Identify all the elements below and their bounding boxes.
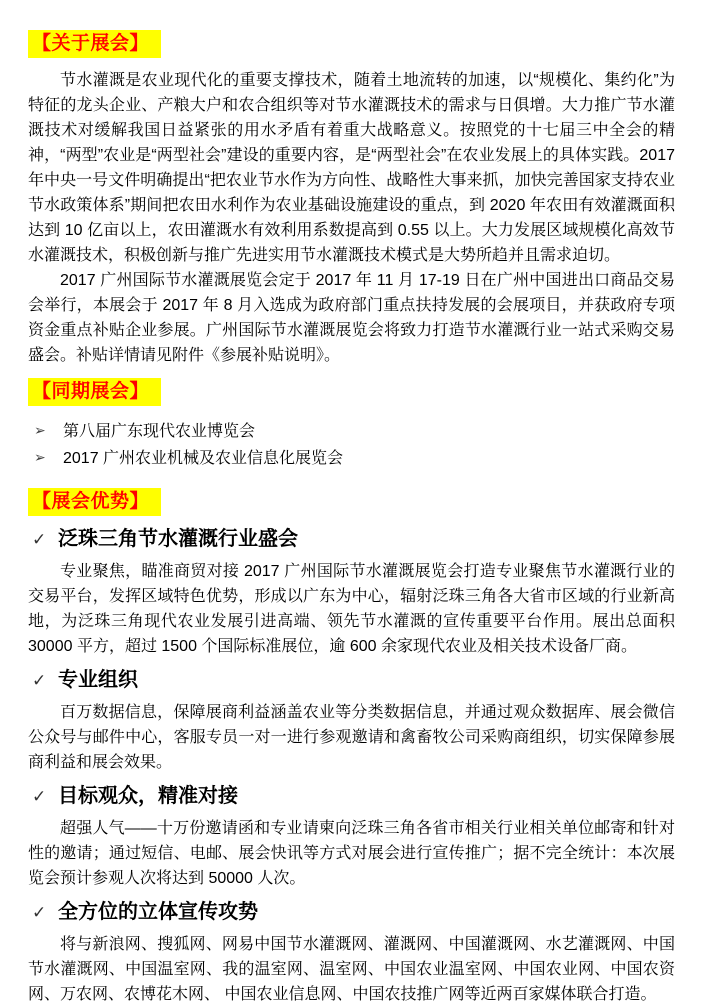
advantage-body: 百万数据信息，保障展商利益涵盖农业等分类数据信息，并通过观众数据库、展会微信公众… (28, 700, 675, 775)
advantage-title: 目标观众，精准对接 (58, 785, 238, 808)
advantage-title: 泛珠三角节水灌溉行业盛会 (58, 528, 298, 551)
section-header-concurrent: 【同期展会】 (28, 378, 161, 406)
section-header-advantages: 【展会优势】 (28, 488, 161, 516)
document-page: 【关于展会】 节水灌溉是农业现代化的重要支撑技术，随着土地流转的加速，以“规模化… (0, 0, 701, 1005)
section-concurrent: 【同期展会】 ➢ 第八届广东现代农业博览会 ➢ 2017 广州农业机械及农业信息… (28, 378, 675, 472)
list-item: ➢ 第八届广东现代农业博览会 (28, 418, 675, 445)
check-icon: ✓ (32, 669, 48, 692)
advantage-item: ✓ 专业组织 百万数据信息，保障展商利益涵盖农业等分类数据信息，并通过观众数据库… (28, 669, 675, 775)
list-item-label: 第八届广东现代农业博览会 (63, 418, 255, 445)
advantage-body: 超强人气——十万份邀请函和专业请柬向泛珠三角各省市相关行业相关单位邮寄和针对性的… (28, 816, 675, 891)
advantage-title-row: ✓ 目标观众，精准对接 (28, 785, 675, 808)
advantage-item: ✓ 泛珠三角节水灌溉行业盛会 专业聚焦，瞄准商贸对接 2017 广州国际节水灌溉… (28, 528, 675, 659)
advantage-title: 专业组织 (58, 669, 138, 692)
check-icon: ✓ (32, 785, 48, 808)
check-icon: ✓ (32, 528, 48, 551)
section-about: 【关于展会】 节水灌溉是农业现代化的重要支撑技术，随着土地流转的加速，以“规模化… (28, 30, 675, 368)
advantage-body: 将与新浪网、搜狐网、网易中国节水灌溉网、灌溉网、中国灌溉网、水艺灌溉网、中国节水… (28, 932, 675, 1005)
advantage-title: 全方位的立体宣传攻势 (58, 901, 258, 924)
list-item-label: 2017 广州农业机械及农业信息化展览会 (63, 445, 343, 472)
advantage-item: ✓ 全方位的立体宣传攻势 将与新浪网、搜狐网、网易中国节水灌溉网、灌溉网、中国灌… (28, 901, 675, 1005)
advantage-title-row: ✓ 泛珠三角节水灌溉行业盛会 (28, 528, 675, 551)
about-paragraph-2: 2017 广州国际节水灌溉展览会定于 2017 年 11 月 17-19 日在广… (28, 268, 675, 368)
bullet-arrow-icon: ➢ (34, 417, 50, 444)
section-header-about: 【关于展会】 (28, 30, 161, 58)
list-item: ➢ 2017 广州农业机械及农业信息化展览会 (28, 445, 675, 472)
advantage-item: ✓ 目标观众，精准对接 超强人气——十万份邀请函和专业请柬向泛珠三角各省市相关行… (28, 785, 675, 891)
check-icon: ✓ (32, 901, 48, 924)
concurrent-list: ➢ 第八届广东现代农业博览会 ➢ 2017 广州农业机械及农业信息化展览会 (28, 414, 675, 472)
advantage-body: 专业聚焦，瞄准商贸对接 2017 广州国际节水灌溉展览会打造专业聚焦节水灌溉行业… (28, 559, 675, 659)
section-advantages: 【展会优势】 ✓ 泛珠三角节水灌溉行业盛会 专业聚焦，瞄准商贸对接 2017 广… (28, 488, 675, 1005)
about-paragraph-1: 节水灌溉是农业现代化的重要支撑技术，随着土地流转的加速，以“规模化、集约化”为特… (28, 68, 675, 268)
bullet-arrow-icon: ➢ (34, 444, 50, 471)
advantage-title-row: ✓ 专业组织 (28, 669, 675, 692)
advantage-title-row: ✓ 全方位的立体宣传攻势 (28, 901, 675, 924)
